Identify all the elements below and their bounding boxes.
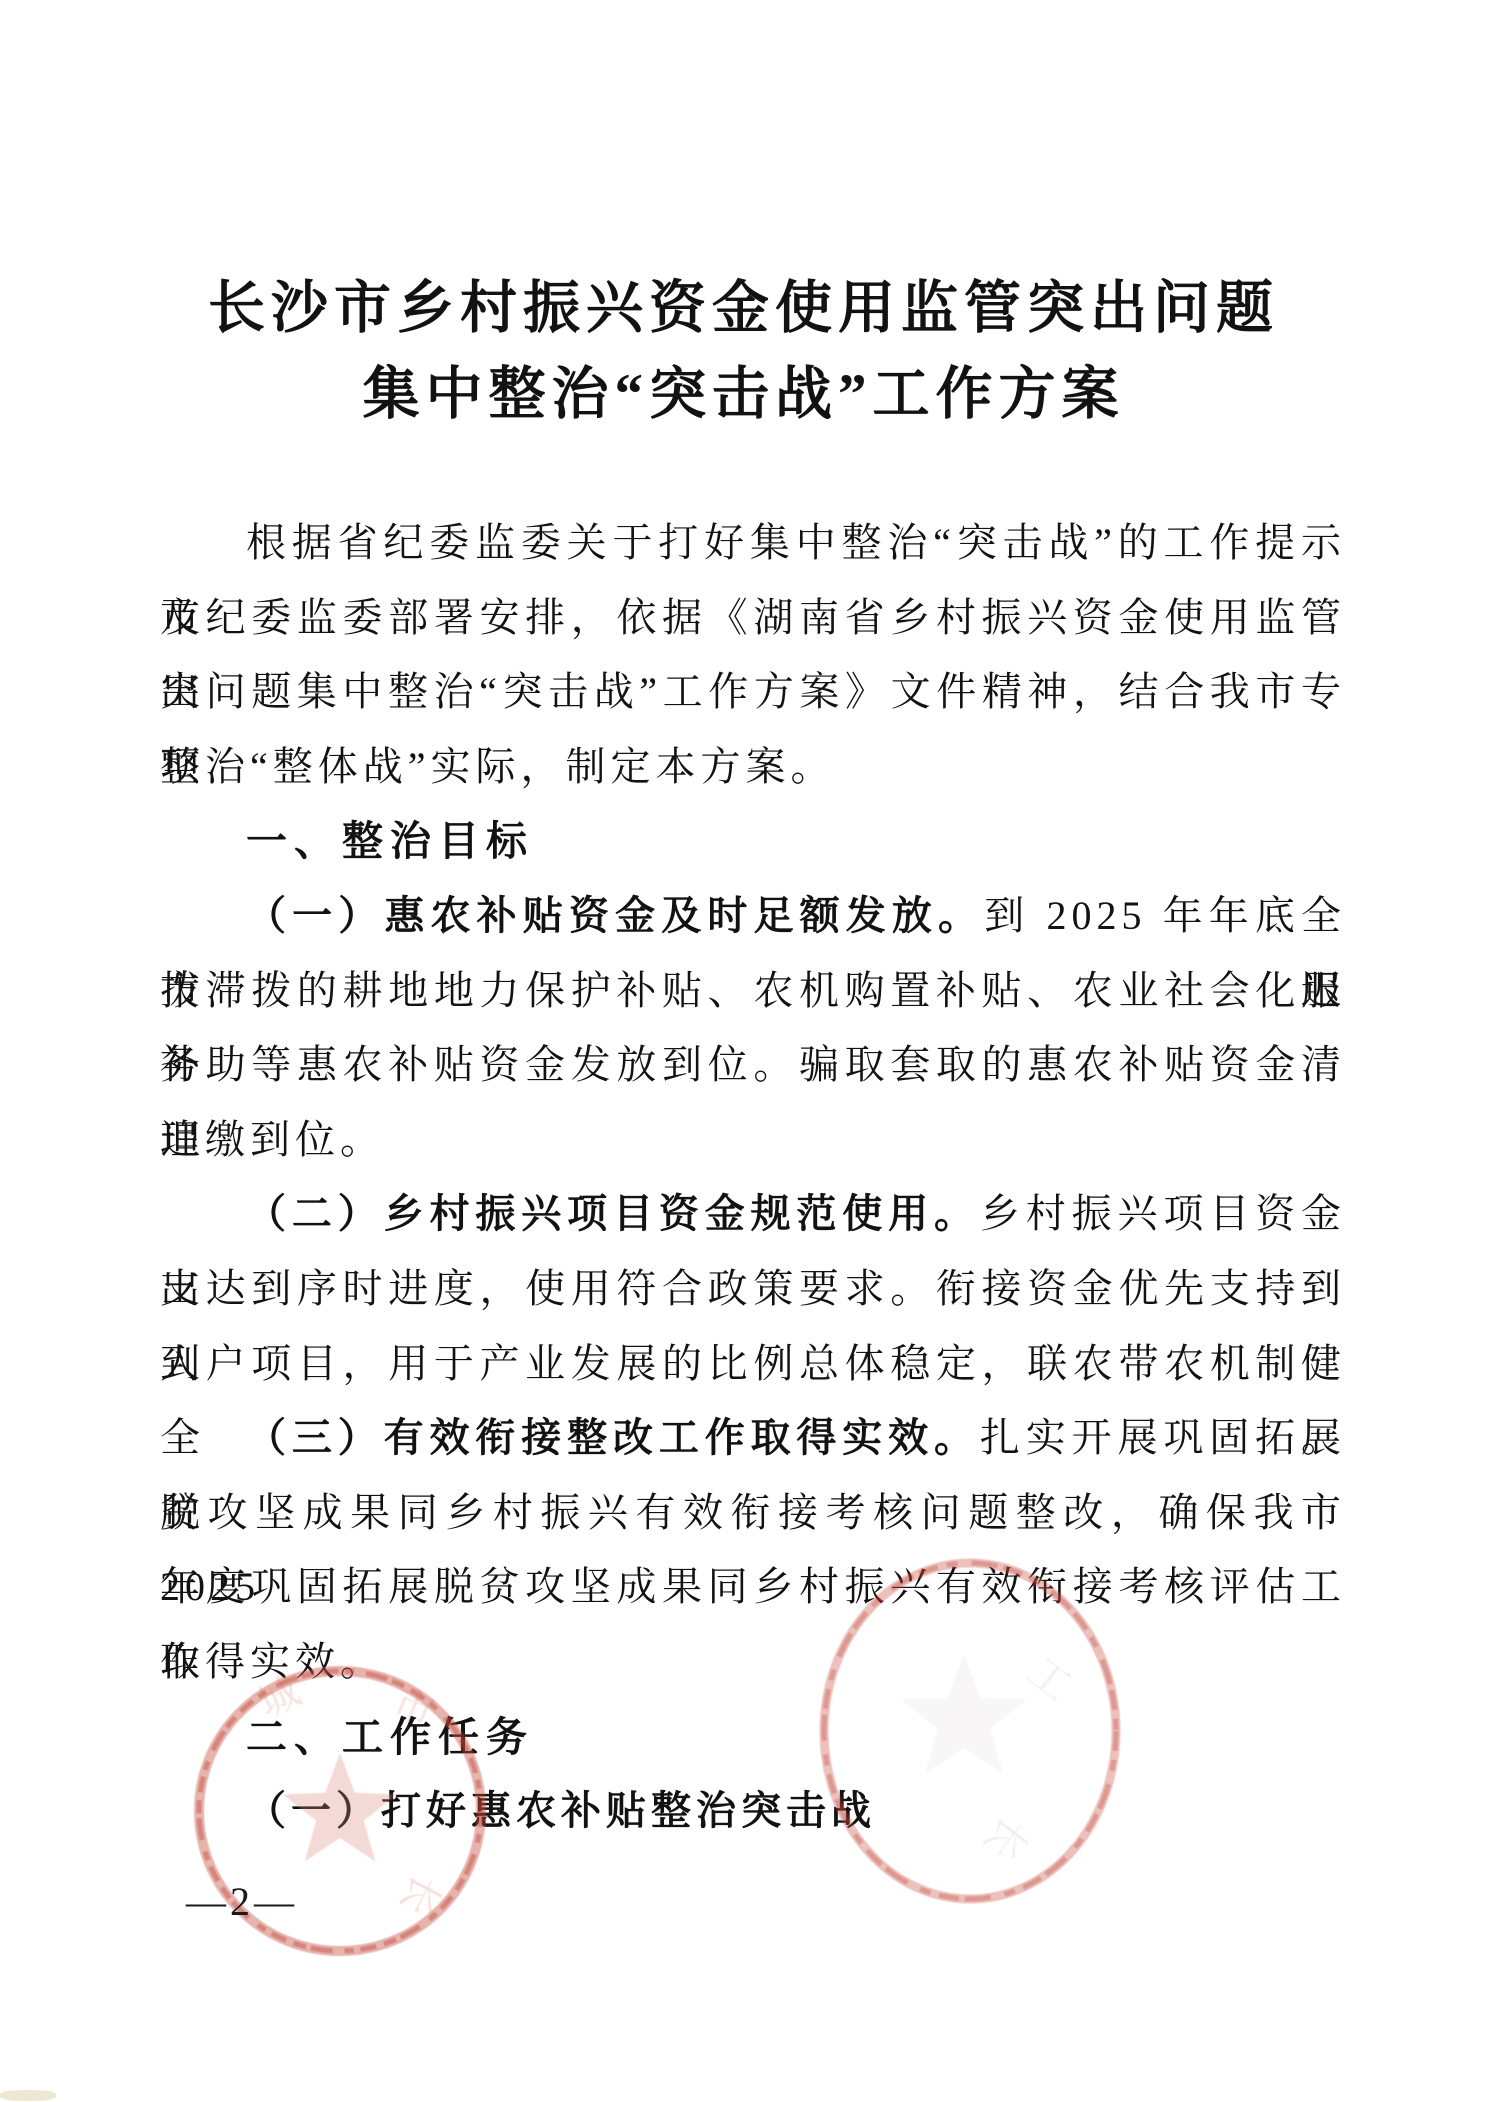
text-segment: （一）打好惠农补贴整治突击战 bbox=[246, 1788, 876, 1833]
text-segment: （一）惠农补贴资金及时足额发放。 bbox=[246, 893, 984, 938]
document-line: 年度巩固拓展脱贫攻坚成果同乡村振兴有效衔接考核评估工作 bbox=[160, 1550, 1346, 1625]
document-line: 市纪委监委部署安排，依据《湖南省乡村振兴资金使用监管突 bbox=[160, 581, 1346, 656]
document-line: 补助等惠农补贴资金发放到位。骗取套取的惠农补贴资金清理 bbox=[160, 1028, 1346, 1103]
document-line: 出达到序时进度，使用符合政策要求。衔接资金优先支持到人 bbox=[160, 1252, 1346, 1327]
document-line: （三）有效衔接整改工作取得实效。扎实开展巩固拓展脱 bbox=[160, 1401, 1346, 1476]
document-line: 贫攻坚成果同乡村振兴有效衔接考核问题整改，确保我市 2025 bbox=[160, 1476, 1346, 1551]
document-line: 到户项目，用于产业发展的比例总体稳定，联农带农机制健全。 bbox=[160, 1327, 1346, 1402]
document-line: 出问题集中整治“突击战”工作方案》文件精神，结合我市专项 bbox=[160, 655, 1346, 730]
text-segment: （二）乡村振兴项目资金规范使用。 bbox=[246, 1191, 980, 1236]
text-segment: 一、整治目标 bbox=[246, 818, 534, 864]
scan-smudge bbox=[0, 2090, 56, 2101]
svg-text:长: 长 bbox=[391, 1867, 450, 1923]
document-line: 追缴到位。 bbox=[160, 1103, 1346, 1178]
text-segment: 二、工作任务 bbox=[246, 1714, 534, 1760]
document-line: 一、整治目标 bbox=[160, 804, 1346, 879]
document-body: 根据省纪委监委关于打好集中整治“突击战”的工作提示及市纪委监委部署安排，依据《湖… bbox=[160, 506, 1346, 1849]
document-line: 整治“整体战”实际，制定本方案。 bbox=[160, 730, 1346, 805]
title-line-1: 长沙市乡村振兴资金使用监管突出问题 bbox=[0, 266, 1487, 352]
document-line: 根据省纪委监委关于打好集中整治“突击战”的工作提示及 bbox=[160, 506, 1346, 581]
document-line: 取得实效。 bbox=[160, 1625, 1346, 1700]
text-segment: （三）有效衔接整改工作取得实效。 bbox=[246, 1415, 980, 1460]
document-page: 长沙市乡村振兴资金使用监管突出问题 集中整治“突击战”工作方案 根据省纪委监委关… bbox=[0, 0, 1487, 2102]
text-segment: 追缴到位。 bbox=[160, 1117, 385, 1162]
document-line: 拨滞拨的耕地地力保护补贴、农机购置补贴、农业社会化服务 bbox=[160, 954, 1346, 1029]
text-segment: 整治“整体战”实际，制定本方案。 bbox=[160, 744, 836, 789]
document-line: （一）惠农补贴资金及时足额发放。到 2025 年年底全市迟 bbox=[160, 879, 1346, 954]
document-line: （二）乡村振兴项目资金规范使用。乡村振兴项目资金支 bbox=[160, 1177, 1346, 1252]
title-line-2: 集中整治“突击战”工作方案 bbox=[0, 352, 1487, 438]
document-title: 长沙市乡村振兴资金使用监管突出问题 集中整治“突击战”工作方案 bbox=[0, 266, 1487, 438]
document-line: 二、工作任务 bbox=[160, 1700, 1346, 1775]
document-line: （一）打好惠农补贴整治突击战 bbox=[160, 1774, 1346, 1849]
page-number: —2— bbox=[186, 1878, 298, 1925]
text-segment: 取得实效。 bbox=[160, 1639, 385, 1684]
